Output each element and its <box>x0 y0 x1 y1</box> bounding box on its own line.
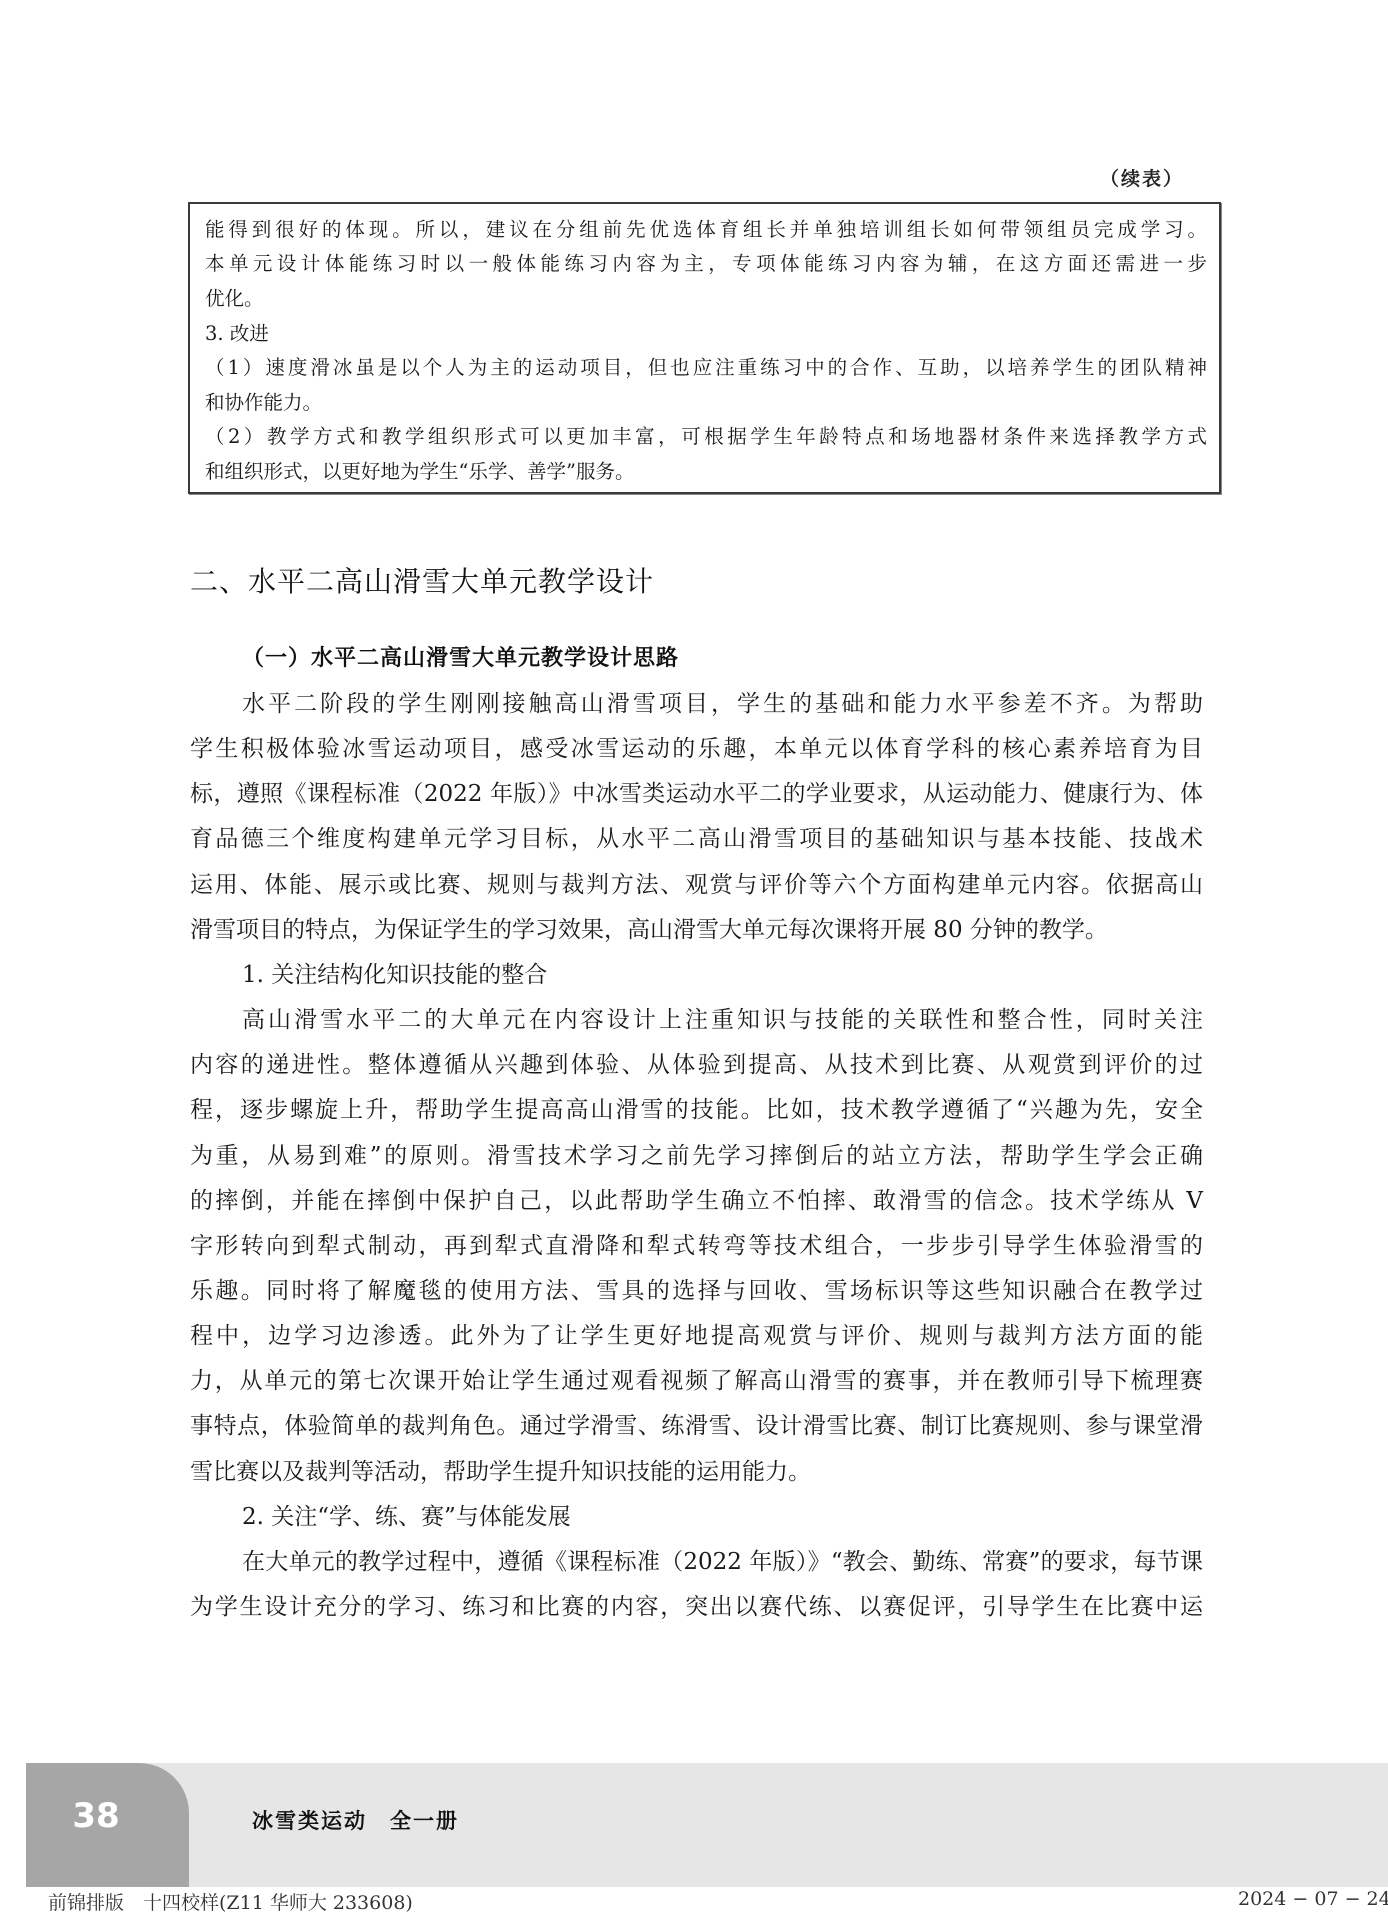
body-line: 乐趣。同时将了解魔毯的使用方法、雪具的选择与回收、雪场标识等这些知识融合在教学过 <box>190 1269 1203 1314</box>
footer-band <box>26 1763 1388 1887</box>
subsection-heading: （一）水平二高山滑雪大单元教学设计思路 <box>242 641 679 672</box>
body-line: 事特点，体验简单的裁判角色。通过学滑雪、练滑雪、设计滑雪比赛、制订比赛规则、参与… <box>190 1404 1203 1449</box>
table-text-line: 本单元设计体能练习时以一般体能练习内容为主，专项体能练习内容为辅，在这方面还需进… <box>205 247 1207 282</box>
table-text-line: 3. 改进 <box>205 317 1207 352</box>
table-continued-label: （续表） <box>1100 164 1184 191</box>
body-line: 学生积极体验冰雪运动项目，感受冰雪运动的乐趣，本单元以体育学科的核心素养培育为目 <box>190 727 1203 772</box>
body-line: 高山滑雪水平二的大单元在内容设计上注重知识与技能的关联性和整合性，同时关注 <box>242 998 1203 1043</box>
page-number: 38 <box>26 1796 166 1836</box>
body-line: 内容的递进性。整体遵循从兴趣到体验、从体验到提高、从技术到比赛、从观赏到评价的过 <box>190 1043 1203 1088</box>
body-line: 滑雪项目的特点，为保证学生的学习效果，高山滑雪大单元每次课将开展 80 分钟的教… <box>190 908 1203 953</box>
body-line: 为学生设计充分的学习、练习和比赛的内容，突出以赛代练、以赛促评，引导学生在比赛中… <box>190 1585 1203 1630</box>
table-text-line: （2）教学方式和教学组织形式可以更加丰富，可根据学生年龄特点和场地器材条件来选择… <box>205 420 1207 455</box>
body-line: 育品德三个维度构建单元学习目标，从水平二高山滑雪项目的基础知识与基本技能、技战术 <box>190 817 1203 862</box>
table-text-line: 能得到很好的体现。所以，建议在分组前先优选体育组长并单独培训组长如何带领组员完成… <box>205 213 1207 248</box>
book-title: 冰雪类运动 全一册 <box>252 1805 459 1835</box>
body-line: 力，从单元的第七次课开始让学生通过观看视频了解高山滑雪的赛事，并在教师引导下梳理… <box>190 1359 1203 1404</box>
table-text-line: 和协作能力。 <box>205 386 1207 421</box>
body-line: 程中，边学习边渗透。此外为了让学生更好地提高观赏与评价、规则与裁判方法方面的能 <box>190 1314 1203 1359</box>
table-text-line: 优化。 <box>205 282 1207 317</box>
body-line: 的摔倒，并能在摔倒中保护自己，以此帮助学生确立不怕摔、敢滑雪的信念。技术学练从 … <box>190 1179 1203 1224</box>
body-line: 雪比赛以及裁判等活动，帮助学生提升知识技能的运用能力。 <box>190 1450 1203 1495</box>
body-line: 为重，从易到难”的原则。滑雪技术学习之前先学习摔倒后的站立方法，帮助学生学会正确 <box>190 1134 1203 1179</box>
body-line: 在大单元的教学过程中，遵循《课程标准（2022 年版）》“教会、勤练、常赛”的要… <box>242 1540 1203 1585</box>
numbered-heading: 2. 关注“学、练、赛”与体能发展 <box>242 1495 1203 1540</box>
numbered-heading: 1. 关注结构化知识技能的整合 <box>242 953 1203 998</box>
section-heading: 二、水平二高山滑雪大单元教学设计 <box>190 560 654 600</box>
table-text-line: （1）速度滑冰虽是以个人为主的运动项目，但也应注重练习中的合作、互助，以培养学生… <box>205 351 1207 386</box>
body-line: 运用、体能、展示或比赛、规则与裁判方法、观赏与评价等六个方面构建单元内容。依据高… <box>190 863 1203 908</box>
print-date: 2024 − 07 − 24 <box>1238 1888 1388 1910</box>
print-info: 前锦排版 十四校样(Z11 华师大 233608) <box>48 1888 413 1915</box>
body-line: 水平二阶段的学生刚刚接触高山滑雪项目，学生的基础和能力水平参差不齐。为帮助 <box>242 682 1203 727</box>
body-line: 程，逐步螺旋上升，帮助学生提高高山滑雪的技能。比如，技术教学遵循了“兴趣为先，安… <box>190 1088 1203 1133</box>
body-line: 标，遵照《课程标准（2022 年版）》中冰雪类运动水平二的学业要求，从运动能力、… <box>190 772 1203 817</box>
body-line: 字形转向到犁式制动，再到犁式直滑降和犁式转弯等技术组合，一步步引导学生体验滑雪的 <box>190 1224 1203 1269</box>
table-text-line: 和组织形式，以更好地为学生“乐学、善学”服务。 <box>205 455 1207 490</box>
